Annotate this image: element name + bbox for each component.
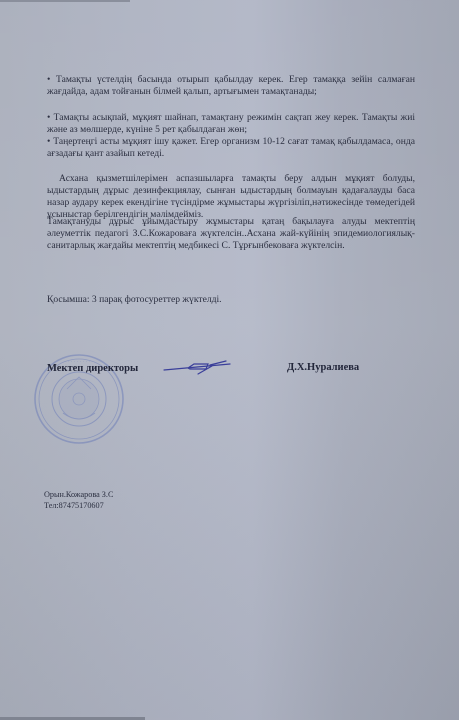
bullet-marker: • bbox=[47, 136, 50, 147]
bullet-marker: • bbox=[47, 74, 50, 85]
executor-phone: Тел:87475170607 bbox=[44, 500, 113, 511]
handwritten-signature-icon bbox=[160, 356, 270, 386]
body-paragraph-responsibility: Тамақтануды дұрыс ұйымдастыру жұмыстары … bbox=[47, 216, 415, 252]
body-paragraph-kitchen-staff: Асхана қызметшілерімен аспазшыларға тама… bbox=[47, 173, 415, 221]
signatory-title: Мектеп директоры bbox=[47, 363, 138, 374]
paragraph-text: Тамақты асықпай, мұқият шайнап, тамақтан… bbox=[47, 112, 415, 135]
attachment-note: Қосымша: 3 парақ фотосуреттер жүктелді. bbox=[47, 294, 222, 305]
paragraph-text: Тамақты үстелдің басында отырып қабылдау… bbox=[47, 74, 415, 97]
bullet-paragraphs-2-3: • Тамақты асықпай, мұқият шайнап, тамақт… bbox=[47, 112, 415, 160]
paragraph-text: Таңертеңгі асты мұқият ішу қажет. Егер о… bbox=[47, 136, 415, 159]
scanned-page: • Тамақты үстелдің басында отырып қабылд… bbox=[0, 0, 459, 720]
executor-name: Орын.Кожарова З.С bbox=[44, 489, 113, 500]
bullet-marker: • bbox=[47, 112, 50, 123]
signatory-name: Д.Х.Нуралиева bbox=[287, 362, 359, 373]
paper-edge-top bbox=[0, 0, 130, 2]
bullet-paragraph-1: • Тамақты үстелдің басында отырып қабылд… bbox=[47, 74, 415, 98]
paragraph-text: Асхана қызметшілерімен аспазшыларға тама… bbox=[47, 173, 415, 220]
paragraph-text: Тамақтануды дұрыс ұйымдастыру жұмыстары … bbox=[47, 216, 415, 251]
executor-info: Орын.Кожарова З.С Тел:87475170607 bbox=[44, 489, 113, 511]
